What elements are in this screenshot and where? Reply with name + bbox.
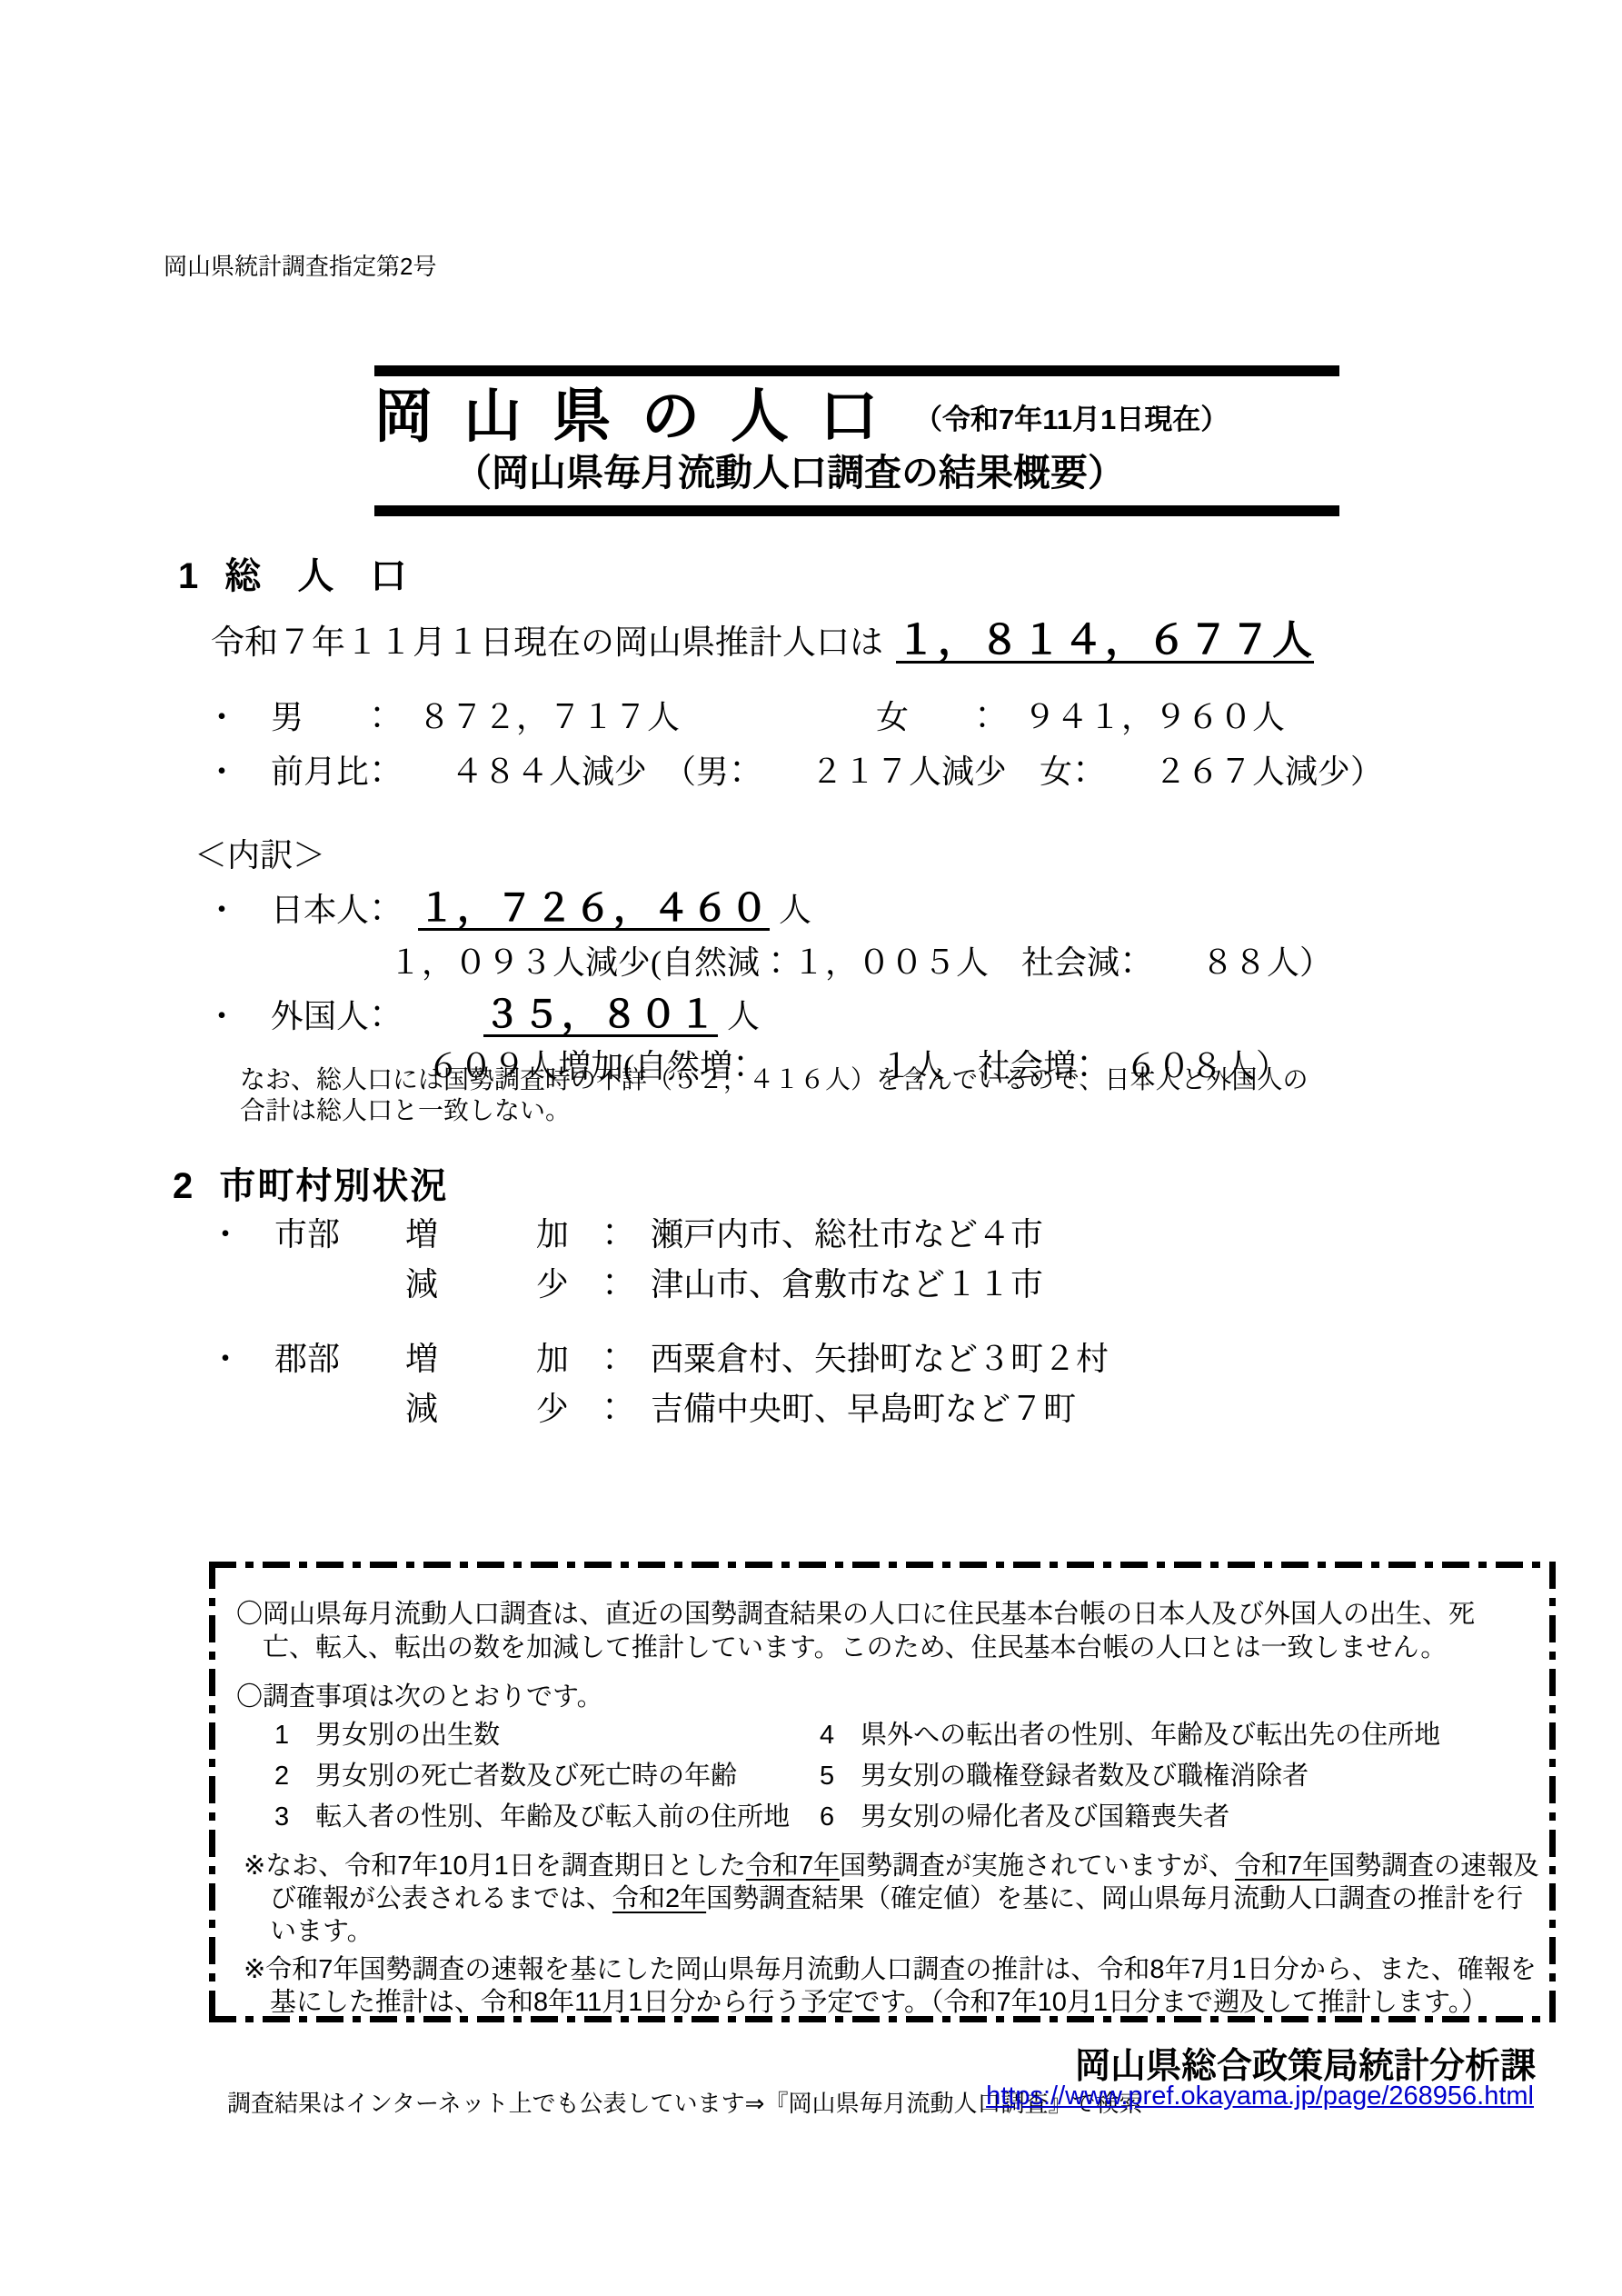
- survey-item-1: 1 男女別の出生数: [274, 1722, 820, 1749]
- city-increase-row: ・ 市部 増 加 ： 瀬戸内市、総社市など４市: [209, 1215, 1043, 1254]
- document-page: { "colors": { "text": "#000000", "link":…: [0, 0, 1622, 2296]
- foreigner-population-row: ・ 外国人： ３５，８０１ 人: [205, 993, 760, 1037]
- census-note-1-text-2: 国勢調査が実施されていますが、: [840, 1852, 1235, 1881]
- survey-item-2: 2 男女別の死亡者数及び死亡時の年齢: [274, 1762, 820, 1790]
- note-line-2: 合計は総人口と一致しない。: [240, 1096, 1308, 1127]
- census-note-1-underline-3: 令和2年: [612, 1884, 706, 1913]
- section2-number: 2: [173, 1166, 193, 1206]
- japanese-population-row: ・ 日本人： １，７２６，４６０ 人: [205, 886, 811, 931]
- section2-heading: 2 市町村別状況: [173, 1166, 448, 1206]
- note-line-1: なお、総人口には国勢調査時の不詳（５２，４１６人）を含んでいるので、日本人と外国…: [240, 1065, 1308, 1096]
- section2-label: 市町村別状況: [219, 1166, 448, 1206]
- prev-month-line: ・ 前月比： ４８４人減少 （男： ２１７人減少 女： ２６７人減少）: [205, 753, 1383, 792]
- census-note-1: ※なお、令和7年10月1日を調査期日とした令和7年国勢調査が実施されていますが、…: [244, 1850, 1542, 1948]
- japanese-change-line: １，０９３人減少(自然減：１，００５人 社会減： ８８人）: [389, 943, 1332, 983]
- total-population-line: 令和７年１１月１日現在の岡山県推計人口は １，８１４，６７７人: [211, 607, 1314, 665]
- survey-item-4: 4 県外への転出者の性別、年齢及び転出先の住所地: [820, 1722, 1528, 1749]
- title-top-rule: [374, 365, 1339, 376]
- census-note-1-text: ※なお、令和7年10月1日を調査期日とした: [244, 1852, 746, 1881]
- section1-heading: 1 総 人 口: [178, 556, 406, 596]
- japanese-label: ・ 日本人：: [205, 891, 418, 930]
- foreigner-unit: 人: [727, 997, 760, 1036]
- survey-page-link[interactable]: https://www.pref.okayama.jp/page/268956.…: [986, 2081, 1534, 2111]
- census-note-1-underline-2: 令和7年: [1235, 1852, 1328, 1881]
- foreigner-population-value: ３５，８０１: [483, 993, 718, 1037]
- survey-info-box: 〇岡山県毎月流動人口調査は、直近の国勢調査結果の人口に住民基本台帳の日本人及び外…: [209, 1562, 1556, 2022]
- title-block: 岡山県の人口 （令和7年11月1日現在） （岡山県毎月流動人口調査の結果概要）: [374, 365, 1339, 516]
- total-population-intro: 令和７年１１月１日現在の岡山県推計人口は: [211, 614, 883, 664]
- box-border-right: [1549, 1562, 1556, 2022]
- county-increase-row: ・ 郡部 増 加 ： 西粟倉村、矢掛町など３町２村: [209, 1340, 1109, 1379]
- japanese-population-value: １，７２６，４６０: [418, 886, 770, 931]
- county-decrease-row: 減 少 ： 吉備中央町、早島町など７町: [209, 1390, 1076, 1429]
- survey-item-3: 3 転入者の性別、年齢及び転入前の住所地: [274, 1803, 820, 1831]
- city-decrease-row: 減 少 ： 津山市、倉敷市など１１市: [209, 1265, 1043, 1304]
- japanese-unit: 人: [779, 891, 811, 930]
- total-population-value: １，８１４，６７７人: [896, 607, 1314, 665]
- section1-number: 1: [178, 556, 198, 596]
- survey-description-paragraph: 〇岡山県毎月流動人口調査は、直近の国勢調査結果の人口に住民基本台帳の日本人及び外…: [236, 1598, 1512, 1665]
- survey-items-list: 1 男女別の出生数 4 県外への転出者の性別、年齢及び転出先の住所地 2 男女別…: [236, 1722, 1528, 1831]
- title-bottom-rule: [374, 505, 1339, 516]
- box-border-left: [209, 1562, 215, 2022]
- page-title: 岡山県の人口: [374, 384, 909, 449]
- survey-item-6: 6 男女別の帰化者及び国籍喪失者: [820, 1803, 1528, 1831]
- title-as-of-date: （令和7年11月1日現在）: [914, 396, 1229, 437]
- doc-designation-number: 岡山県統計調査指定第2号: [164, 255, 436, 278]
- breakdown-label: ＜内訳＞: [194, 836, 325, 875]
- foreigner-label: ・ 外国人：: [205, 997, 483, 1036]
- census-note-2: ※令和7年国勢調査の速報を基にした岡山県毎月流動人口調査の推計は、令和8年7月1…: [244, 1953, 1542, 2019]
- male-female-line: ・ 男 ： ８７２，７１７人 女 ： ９４１，９６０人: [205, 698, 1285, 737]
- box-border-top: [209, 1562, 1556, 1568]
- total-population-note: なお、総人口には国勢調査時の不詳（５２，４１６人）を含んでいるので、日本人と外国…: [240, 1065, 1308, 1127]
- survey-item-5: 5 男女別の職権登録者数及び職権消除者: [820, 1762, 1528, 1790]
- page-subtitle: （岡山県毎月流動人口調査の結果概要）: [454, 451, 1339, 494]
- survey-items-intro: 〇調査事項は次のとおりです。: [236, 1681, 1528, 1714]
- census-note-1-underline-1: 令和7年: [746, 1852, 840, 1881]
- section1-label: 総 人 口: [224, 556, 406, 596]
